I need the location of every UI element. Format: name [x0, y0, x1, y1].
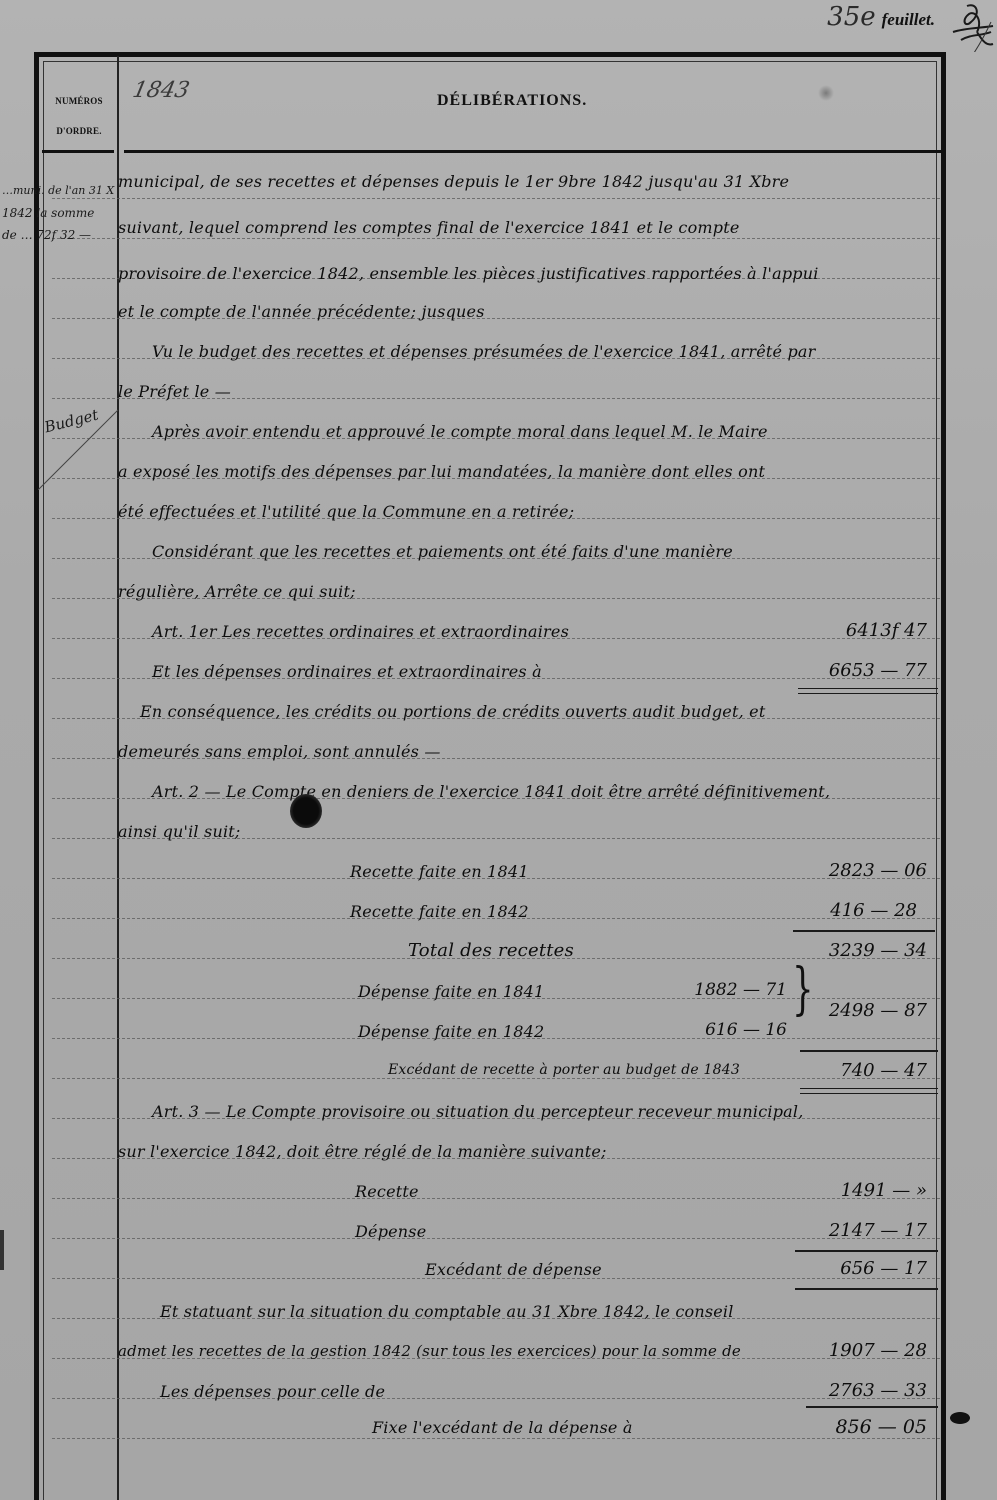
amount-gestion-recettes: 1907 — 28	[829, 1340, 927, 1361]
body-line: régulière, Arrête ce qui suit;	[118, 582, 356, 601]
amount-excedant-recette: 740 — 47	[840, 1060, 927, 1081]
column-header-numbers-line1: NUMÉROS	[42, 86, 116, 116]
amount-art1-depenses: 6653 — 77	[829, 660, 927, 681]
column-header-numbers: NUMÉROS D'ORDRE.	[42, 86, 116, 146]
amount-total-depenses: 2498 — 87	[829, 1000, 927, 1021]
margin-note-line: de … 72f 32 —	[2, 224, 91, 246]
body-line: Dépense faite en 1842	[358, 1022, 544, 1041]
binding-mark	[0, 1230, 4, 1270]
margin-note-line: …muni. de l'an 31 X	[2, 180, 114, 202]
body-line: suivant, lequel comprend les comptes fin…	[118, 218, 740, 237]
body-line: Art. 1er Les recettes ordinaires et extr…	[152, 622, 569, 641]
body-line: Total des recettes	[408, 940, 574, 961]
body-line: Dépense faite en 1841	[358, 982, 544, 1001]
body-line: Les dépenses pour celle de	[160, 1382, 385, 1401]
column-header-numbers-line2: D'ORDRE.	[42, 116, 116, 146]
ink-blot	[290, 794, 322, 828]
amount-gestion-depenses: 2763 — 33	[829, 1380, 927, 1401]
sum-rule	[806, 1406, 938, 1408]
folio-number: 35e	[827, 2, 875, 32]
body-line: Recette faite en 1841	[350, 862, 529, 881]
sum-rule	[795, 1250, 938, 1252]
ruled-line	[52, 1198, 940, 1199]
body-line: Et statuant sur la situation du comptabl…	[160, 1302, 734, 1321]
body-line: Recette faite en 1842	[350, 902, 529, 921]
body-line: Excédant de dépense	[425, 1260, 602, 1279]
ruled-line	[52, 238, 940, 239]
amount-art3-recette: 1491 — »	[841, 1180, 927, 1201]
body-line: été effectuées et l'utilité que la Commu…	[118, 502, 574, 521]
header-rule-left	[42, 150, 114, 153]
amount-total-recettes: 3239 — 34	[829, 940, 927, 961]
sum-rule	[793, 930, 935, 932]
body-line: et le compte de l'année précédente; jusq…	[118, 302, 485, 321]
body-line: Et les dépenses ordinaires et extraordin…	[152, 662, 542, 681]
ruled-line	[52, 1438, 940, 1439]
margin-note-line: 1842 la somme	[2, 202, 94, 224]
amount-art3-excedant-depense: 656 — 17	[840, 1258, 927, 1279]
paraph-signature-icon	[947, 2, 995, 52]
amount-art1-recettes: 6413f 47	[846, 620, 927, 641]
body-line: le Préfet le —	[118, 382, 231, 401]
folio-heading: 35e feuillet.	[827, 2, 935, 32]
body-line: En conséquence, les crédits ou portions …	[140, 702, 765, 721]
ruled-line	[52, 1078, 940, 1079]
header-rule-right	[124, 150, 942, 153]
body-line: Dépense	[355, 1222, 426, 1241]
body-line: sur l'exercice 1842, doit être réglé de …	[118, 1142, 607, 1161]
ruled-line	[52, 1238, 940, 1239]
body-line: Vu le budget des recettes et dépenses pr…	[152, 342, 815, 361]
register-page: 35e feuillet. NUMÉROS D'ORDRE. 1843 DÉLI…	[0, 0, 997, 1500]
ink-stain	[818, 85, 834, 101]
body-line: Après avoir entendu et approuvé le compt…	[152, 422, 768, 441]
body-line: admet les recettes de la gestion 1842 (s…	[118, 1342, 741, 1360]
body-line: Art. 3 — Le Compte provisoire ou situati…	[152, 1102, 804, 1121]
body-line: Recette	[355, 1182, 419, 1201]
brace-mark: }	[792, 962, 813, 1018]
ruled-line	[52, 198, 940, 199]
body-line: Considérant que les recettes et paiement…	[152, 542, 733, 561]
body-line: Fixe l'excédant de la dépense à	[372, 1418, 633, 1437]
amount-depense-1842: 616 — 16	[705, 1020, 787, 1040]
body-line: Excédant de recette à porter au budget d…	[388, 1062, 740, 1078]
ink-blot	[950, 1412, 970, 1424]
amount-recette-1841: 2823 — 06	[829, 860, 927, 881]
amount-recette-1842: 416 — 28	[830, 900, 917, 921]
body-line: provisoire de l'exercice 1842, ensemble …	[118, 264, 819, 283]
body-line: a exposé les motifs des dépenses par lui…	[118, 462, 765, 481]
body-line: ainsi qu'il suit;	[118, 822, 241, 841]
amount-depense-1841: 1882 — 71	[694, 980, 787, 1000]
page-title: DÉLIBÉRATIONS.	[437, 92, 587, 110]
amount-art3-depense: 2147 — 17	[829, 1220, 927, 1241]
body-line: municipal, de ses recettes et dépenses d…	[118, 172, 789, 191]
body-line: Art. 2 — Le Compte en deniers de l'exerc…	[152, 782, 830, 801]
sum-rule	[795, 1288, 938, 1290]
year-annotation: 1843	[130, 78, 191, 103]
double-rule	[798, 688, 938, 694]
amount-excedant-depense-final: 856 — 05	[835, 1416, 927, 1438]
sum-rule	[800, 1050, 938, 1052]
folio-label: feuillet.	[882, 10, 935, 30]
double-rule	[800, 1088, 938, 1094]
body-line: demeurés sans emploi, sont annulés —	[118, 742, 441, 761]
